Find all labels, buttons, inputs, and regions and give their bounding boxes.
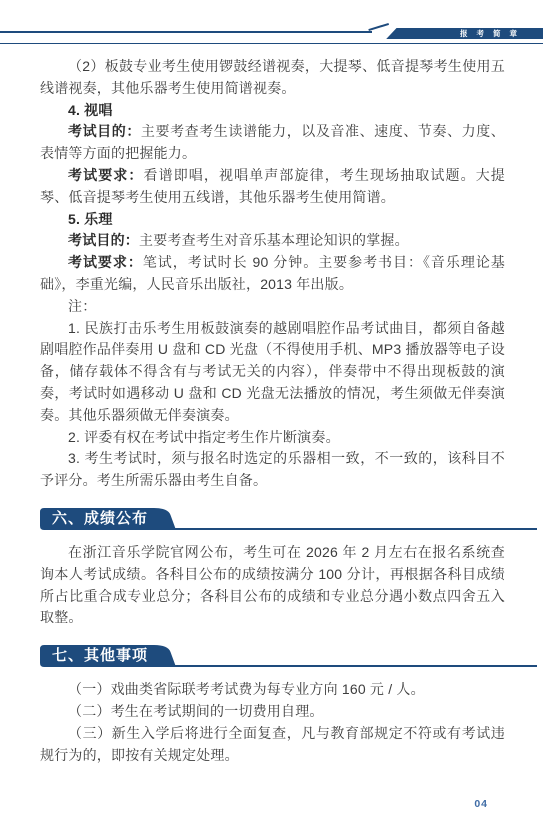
text-run: 注：: [68, 298, 96, 314]
body-paragraph: （二）考生在考试期间的一切费用自理。: [40, 701, 505, 723]
section: 六、成绩公布 在浙江音乐学院官网公布，考生可在 2026 年 2 月左右在报名系…: [0, 508, 543, 629]
body-paragraph: 5. 乐理: [40, 209, 505, 231]
sections-container: 六、成绩公布 在浙江音乐学院官网公布，考生可在 2026 年 2 月左右在报名系…: [0, 508, 543, 766]
bold-run: 4. 视唱: [68, 102, 113, 118]
page-header: 报考简章: [0, 0, 543, 46]
body-paragraph: （一）戏曲类省际联考考试费为每专业方向 160 元 / 人。: [40, 679, 505, 701]
text-run: 3. 考生考试时，须与报名时选定的乐器相一致，不一致的，该科目不予评分。考生所需…: [40, 450, 505, 488]
bold-run: 考试目的：: [68, 123, 141, 139]
body-paragraph: （2）板鼓专业考生使用锣鼓经谱视奏，大提琴、低音提琴考生使用五线谱视奏，其他乐器…: [40, 56, 505, 100]
section-rule: [170, 665, 537, 667]
section-header: 六、成绩公布: [40, 508, 537, 530]
text-run: 2. 评委有权在考试中指定考生作片断演奏。: [68, 429, 340, 445]
text-run: 1. 民族打击乐考生用板鼓演奏的越剧唱腔作品考试曲目，都须自备越剧唱腔作品伴奏用…: [40, 320, 505, 423]
body-paragraph: 注：: [40, 296, 505, 318]
header-tab: 报考简章: [386, 28, 543, 40]
page-number: 04: [474, 798, 488, 810]
header-rule-left: [0, 31, 372, 33]
body-paragraph: 考试要求：看谱即唱，视唱单声部旋律，考生现场抽取试题。大提琴、低音提琴考生使用五…: [40, 165, 505, 209]
section-paragraphs: （一）戏曲类省际联考考试费为每专业方向 160 元 / 人。 （二）考生在考试期…: [40, 679, 505, 766]
body-paragraph: 考试目的：主要考查考生对音乐基本理论知识的掌握。: [40, 230, 505, 252]
text-run: （二）考生在考试期间的一切费用自理。: [68, 703, 324, 719]
bold-run: 考试目的：: [68, 232, 139, 248]
body-paragraph: 考试要求：笔试，考试时长 90 分钟。主要参考书目：《音乐理论基础》，李重光编，…: [40, 252, 505, 296]
body-paragraph: 3. 考生考试时，须与报名时选定的乐器相一致，不一致的，该科目不予评分。考生所需…: [40, 448, 505, 492]
body-paragraph: 在浙江音乐学院官网公布，考生可在 2026 年 2 月左右在报名系统查询本人考试…: [40, 542, 505, 629]
section-title: 六、成绩公布: [52, 508, 148, 530]
body-paragraph: 考试目的：主要考查考生读谱能力，以及音准、速度、节奏、力度、表情等方面的把握能力…: [40, 121, 505, 165]
header-tab-label: 报考简章: [460, 30, 526, 38]
body-paragraph: 4. 视唱: [40, 100, 505, 122]
header-rule-full: [0, 43, 543, 44]
section-paragraphs: 在浙江音乐学院官网公布，考生可在 2026 年 2 月左右在报名系统查询本人考试…: [40, 542, 505, 629]
body-paragraph: 1. 民族打击乐考生用板鼓演奏的越剧唱腔作品考试曲目，都须自备越剧唱腔作品伴奏用…: [40, 318, 505, 427]
section-title: 七、其他事项: [52, 645, 148, 667]
bold-run: 5. 乐理: [68, 211, 113, 227]
text-run: 主要考查考生对音乐基本理论知识的掌握。: [139, 232, 409, 248]
section-header: 七、其他事项: [40, 645, 537, 667]
bold-run: 考试要求：: [68, 167, 144, 183]
section: 七、其他事项 （一）戏曲类省际联考考试费为每专业方向 160 元 / 人。 （二…: [0, 645, 543, 766]
header-diagonal-stripe: [368, 23, 389, 31]
text-run: （三）新生入学后将进行全面复查，凡与教育部规定不符或有考试违规行为的，即按有关规…: [40, 725, 505, 763]
text-run: （一）戏曲类省际联考考试费为每专业方向 160 元 / 人。: [68, 681, 425, 697]
body-paragraphs: （2）板鼓专业考生使用锣鼓经谱视奏，大提琴、低音提琴考生使用五线谱视奏，其他乐器…: [0, 0, 543, 492]
body-paragraph: 2. 评委有权在考试中指定考生作片断演奏。: [40, 427, 505, 449]
text-run: 在浙江音乐学院官网公布，考生可在 2026 年 2 月左右在报名系统查询本人考试…: [40, 544, 505, 625]
section-rule: [170, 528, 537, 530]
document-page: 报考简章 （2）板鼓专业考生使用锣鼓经谱视奏，大提琴、低音提琴考生使用五线谱视奏…: [0, 0, 543, 834]
text-run: （2）板鼓专业考生使用锣鼓经谱视奏，大提琴、低音提琴考生使用五线谱视奏，其他乐器…: [40, 58, 505, 96]
body-paragraph: （三）新生入学后将进行全面复查，凡与教育部规定不符或有考试违规行为的，即按有关规…: [40, 723, 505, 767]
bold-run: 考试要求：: [68, 254, 143, 270]
